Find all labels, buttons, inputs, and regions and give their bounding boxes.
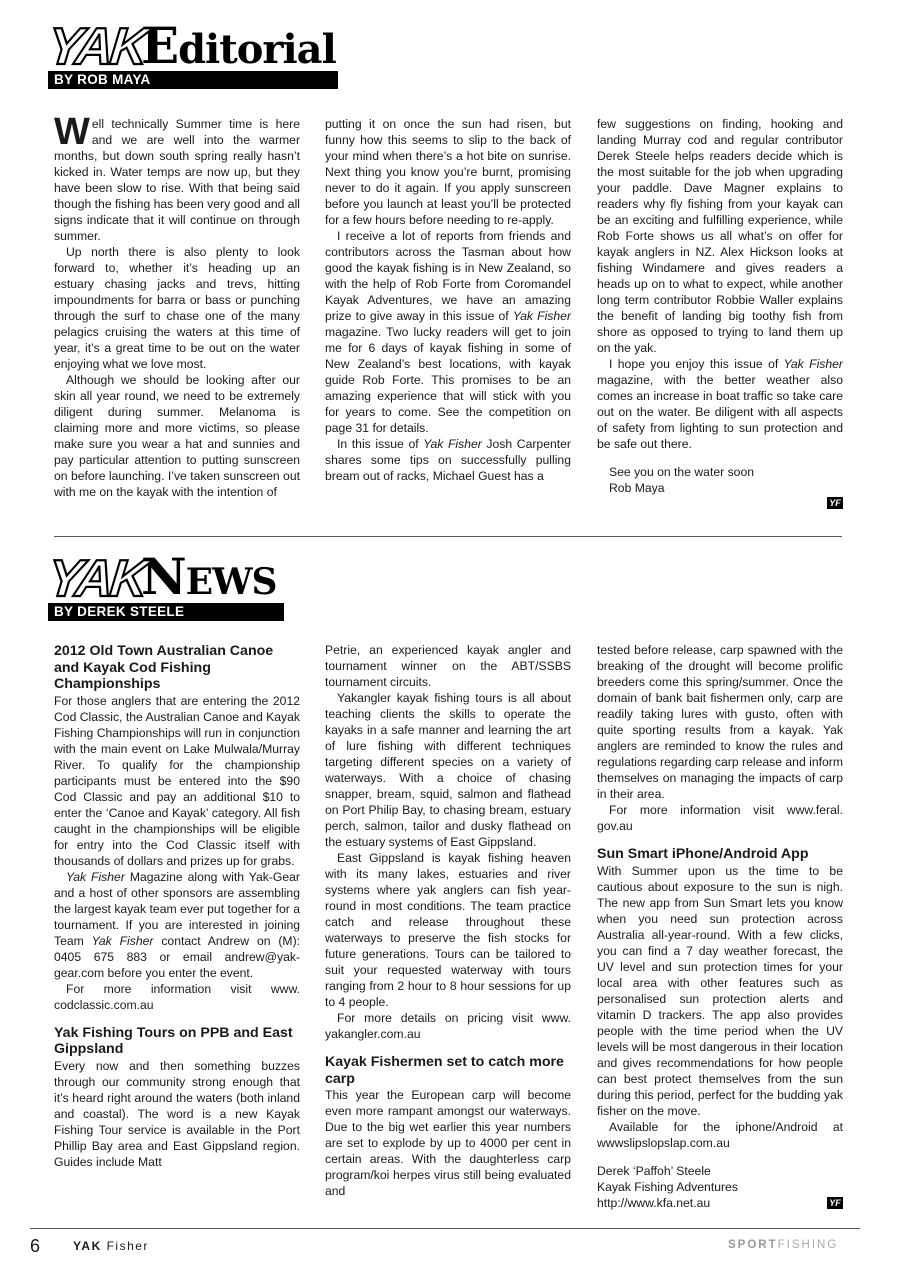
editorial-paragraph: I hope you enjoy this issue of Yak Fishe… (597, 356, 843, 452)
article-paragraph: For more information visit www. codclass… (54, 981, 300, 1013)
news-column-2: Petrie, an experienced kayak angler and … (325, 642, 571, 1199)
page-number: 6 (30, 1236, 40, 1257)
article-paragraph: For more information visit www.feral. go… (597, 802, 843, 834)
article-paragraph: With Summer upon us the time to be cauti… (597, 863, 843, 1119)
magazine-title: Yak Fisher (784, 357, 843, 371)
drop-cap: W (54, 117, 90, 147)
editorial-masthead: YAKEditorial BY ROB MAYA (48, 24, 338, 89)
section-divider (54, 536, 842, 537)
footer-divider (30, 1228, 860, 1229)
yf-end-mark-icon: YF (827, 497, 843, 509)
author-website: http://www.kfa.net.au (597, 1195, 843, 1211)
editorial-paragraph: I receive a lot of reports from friends … (325, 228, 571, 436)
section-name: SPORTFISHING (728, 1239, 838, 1251)
publication-name: YAK Fisher (73, 1239, 149, 1253)
editorial-word: Editorial (141, 26, 336, 70)
article-paragraph: Every now and then something buzzes thro… (54, 1058, 300, 1170)
article-paragraph: For more details on pricing visit www. y… (325, 1010, 571, 1042)
magazine-title: Yak Fisher (92, 934, 154, 948)
article-paragraph: Petrie, an experienced kayak angler and … (325, 642, 571, 690)
article-heading: Sun Smart iPhone/Android App (597, 846, 843, 863)
editorial-column-3: few suggestions on finding, hooking and … (597, 116, 843, 496)
editorial-column-2: putting it on once the sun had risen, bu… (325, 116, 571, 484)
editorial-paragraph: Up north there is also plenty to look fo… (54, 244, 300, 372)
magazine-title: Yak Fisher (66, 870, 125, 884)
editorial-paragraph: In this issue of Yak Fisher Josh Carpent… (325, 436, 571, 484)
editorial-paragraph: few suggestions on finding, hooking and … (597, 116, 843, 356)
signoff-line: See you on the water soon (597, 464, 843, 480)
article-paragraph: Yakangler kayak fishing tours is all abo… (325, 690, 571, 850)
author-organization: Kayak Fishing Adventures (597, 1179, 843, 1195)
editorial-paragraph: ell technically Summer time is here and … (54, 117, 300, 243)
editorial-column-1: Well technically Summer time is here and… (54, 116, 300, 500)
article-heading: Kayak Fishermen set to catch more carp (325, 1054, 571, 1087)
yak-logo-text: YAK (46, 24, 148, 70)
editorial-logo: YAKEditorial (48, 24, 338, 70)
article-heading: Yak Fishing Tours on PPB and East Gippsl… (54, 1025, 300, 1058)
article-paragraph: This year the European carp will become … (325, 1087, 571, 1199)
article-paragraph: For those anglers that are entering the … (54, 693, 300, 869)
magazine-title: Yak Fisher (423, 437, 482, 451)
news-word: NEWS (141, 557, 277, 602)
author-signature: Derek ‘Paffoh’ Steele (597, 1163, 843, 1179)
news-masthead: YAKNEWS BY DEREK STEELE (48, 556, 284, 621)
yf-end-mark-icon: YF (827, 1197, 843, 1209)
author-signature: Rob Maya (597, 480, 843, 496)
news-column-3: tested before release, carp spawned with… (597, 642, 843, 1211)
news-logo: YAKNEWS (48, 556, 284, 602)
editorial-paragraph: putting it on once the sun had risen, bu… (325, 116, 571, 228)
editorial-paragraph: Although we should be looking after our … (54, 372, 300, 500)
article-paragraph: tested before release, carp spawned with… (597, 642, 843, 802)
article-heading: 2012 Old Town Australian Canoe and Kayak… (54, 643, 300, 693)
article-paragraph: Yak Fisher Magazine along with Yak-Gear … (54, 869, 300, 981)
news-column-1: 2012 Old Town Australian Canoe and Kayak… (54, 643, 300, 1170)
yak-logo-text: YAK (46, 556, 148, 602)
article-paragraph: Available for the iphone/Android at wwws… (597, 1119, 843, 1151)
magazine-title: Yak Fisher (513, 309, 571, 323)
article-paragraph: East Gippsland is kayak fishing heaven w… (325, 850, 571, 1010)
